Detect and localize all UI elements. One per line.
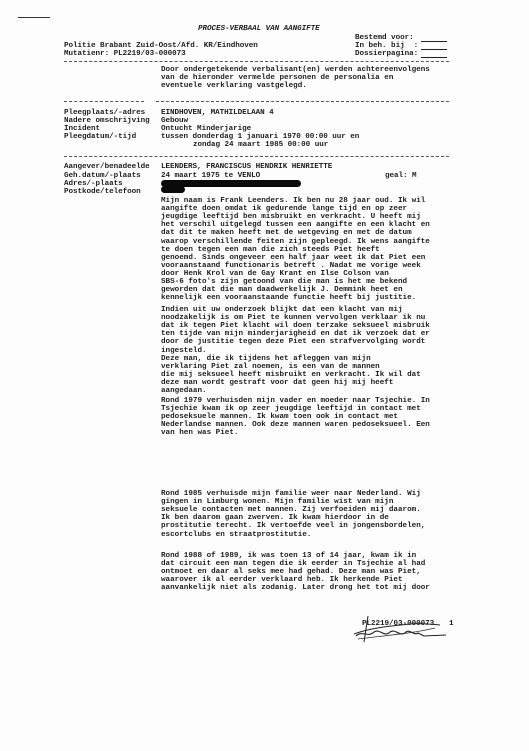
statement-line: Rond 1979 verhuisden mijn vader en moede… — [161, 397, 430, 405]
bestemd-voor-blank — [421, 41, 447, 42]
document-title: PROCES-VERBAAL VAN AANGIFTE — [198, 25, 320, 33]
signature-scribble — [350, 614, 460, 644]
police-department: Politie Brabant Zuid-Oost/Afd. KR/Eindho… — [64, 42, 258, 50]
statement-line: genoemd. Sinds ongeveer een half jaar we… — [161, 254, 425, 262]
statement-line: jeugdige leeftijd ben misbruikt en verkr… — [161, 213, 421, 221]
statement-line: aangifte doen omdat ik gedurende lange t… — [161, 205, 407, 213]
nadere-omschrijving-label: Nadere omschrijving — [64, 117, 150, 125]
statement-line: waarover ik al eerder verklaard heb. Ik … — [161, 576, 403, 584]
statement-line: ontmoet en daar al seks mee had gehad. D… — [161, 568, 421, 576]
statement-line: escortclubs en straatprostitutie. — [161, 531, 311, 539]
statement-line: geworden dat die man daadwerkelijk J. De… — [161, 286, 403, 294]
separator-line — [64, 61, 449, 62]
incident-value: Ontucht Minderjarige — [161, 125, 251, 133]
incident-label: Incident — [64, 125, 100, 133]
statement-line: aanvankelijk niet als zodanig. Later dro… — [161, 584, 430, 592]
geboortedatum-value: 24 maart 1975 te VENLO — [161, 172, 260, 180]
statement-line: pedoseksuele mannen. Ik kwam toen ook in… — [161, 413, 398, 421]
redaction-bar — [161, 186, 185, 193]
statement-line: van hen was Piet. — [161, 429, 238, 437]
statement-line: dat circuit een man tegen die ik eerder … — [161, 560, 425, 568]
statement-line: verklaring Piet zal noemen, is een van d… — [161, 363, 380, 371]
scan-corner-mark — [18, 17, 50, 18]
pleegplaats-label: Pleegplaats/-adres — [64, 109, 145, 117]
intro-line: Door ondergetekende verbalisant(en) werd… — [161, 66, 430, 74]
intro-line: eventuele verklaring vastgelegd. — [161, 82, 307, 90]
statement-line: aangedaan. — [161, 387, 207, 395]
statement-line: Tsjechie kwam ik op zeer jeugdige leefti… — [161, 405, 421, 413]
statement-line: ingesteld. — [161, 347, 207, 355]
nadere-omschrijving-value: Gebouw — [161, 117, 188, 125]
statement-line: Nederlandse mannen. Ook deze mannen ware… — [161, 421, 430, 429]
statement-line: gingen in Limburg wonen. Mijn familie wi… — [161, 498, 393, 506]
statement-line: vooraanstaand functionaris betreft . Nad… — [161, 262, 421, 270]
statement-line: dat dit te maken heeft met de wetgeving … — [161, 229, 412, 237]
document-page: PROCES-VERBAAL VAN AANGIFTE Politie Brab… — [0, 0, 529, 751]
dossierpagina-blank — [421, 57, 447, 58]
aangever-value: LEENDERS, FRANCISCUS HENDRIK HENRIETTE — [161, 163, 332, 171]
dossierpagina-label: Dossierpagina: — [355, 50, 418, 58]
in-behandeling-blank — [421, 49, 447, 50]
statement-line: noodzakelijk is om Piet te kunnen vervol… — [161, 314, 425, 322]
statement-line: Deze man, die ik tijdens het afleggen va… — [161, 355, 371, 363]
statement-line: Mijn naam is Frank Leenders. Ik ben nu 2… — [161, 197, 425, 205]
statement-line: ten tijde van mijn minderjarigheid en da… — [161, 330, 430, 338]
statement-line: het verschil uitgelegd tussen een aangif… — [161, 221, 430, 229]
bestemd-voor-label: Bestemd voor: — [355, 34, 414, 42]
statement-line: waarop verschillende feiten zijn gepleeg… — [161, 238, 430, 246]
statement-line: door de justitie tegen deze Piet een str… — [161, 338, 425, 346]
mutation-number: Mutatienr: PL2219/03-000073 — [64, 50, 186, 58]
separator-line — [156, 101, 449, 102]
in-behandeling-label: In beh. bij : — [355, 42, 418, 50]
geboortedatum-label: Geh.datum/-plaats — [64, 172, 141, 180]
statement-line: seksuele contacten met mannen. Zij verfo… — [161, 506, 421, 514]
adres-label: Adres/-plaats — [64, 180, 123, 188]
aangever-label: Aangever/benadeelde — [64, 163, 150, 171]
pleegdatum-value-line2: zondag 24 maart 1985 00:00 uur — [193, 141, 328, 149]
statement-line: deze man wordt gestraft voor dat geen hi… — [161, 379, 393, 387]
gender-value: geal: M — [385, 172, 417, 180]
statement-line: Rond 1985 verhuisde mijn familie weer na… — [161, 490, 421, 498]
separator-line — [64, 156, 449, 157]
statement-line: dat ik tegen Piet klacht wil doen terzak… — [161, 322, 430, 330]
pleegdatum-value: tussen donderdag 1 januari 1970 00:00 uu… — [161, 133, 359, 141]
intro-line: van de hieronder vermelde personen de pe… — [161, 74, 393, 82]
statement-line: die mij seksueel heeft misbruikt en verk… — [161, 371, 421, 379]
statement-line: prostitutie terecht. Ik vertoefde veel i… — [161, 522, 425, 530]
statement-line: door Henk Krol van de Gay Krant en Ilse … — [161, 270, 389, 278]
separator-line — [64, 101, 144, 102]
postkode-label: Postkode/telefoon — [64, 188, 141, 196]
statement-line: te doen tegen een man die zich steeds Pi… — [161, 246, 380, 254]
statement-line: kennelijk een vooraanstaande functie hee… — [161, 294, 416, 302]
pleegdatum-label: Pleegdatum/-tijd — [64, 133, 136, 141]
statement-line: Ik ben daarom gaan zwerven. Ik kwam hier… — [161, 514, 389, 522]
statement-line: SBS-6 foto's zijn getoond van die man is… — [161, 278, 407, 286]
pleegplaats-value: EINDHOVEN, MATHILDELAAN 4 — [161, 109, 274, 117]
statement-line: Indien uit uw onderzoek blijkt dat een k… — [161, 306, 403, 314]
statement-line: Rond 1988 of 1989, ik was toen 13 of 14 … — [161, 552, 416, 560]
